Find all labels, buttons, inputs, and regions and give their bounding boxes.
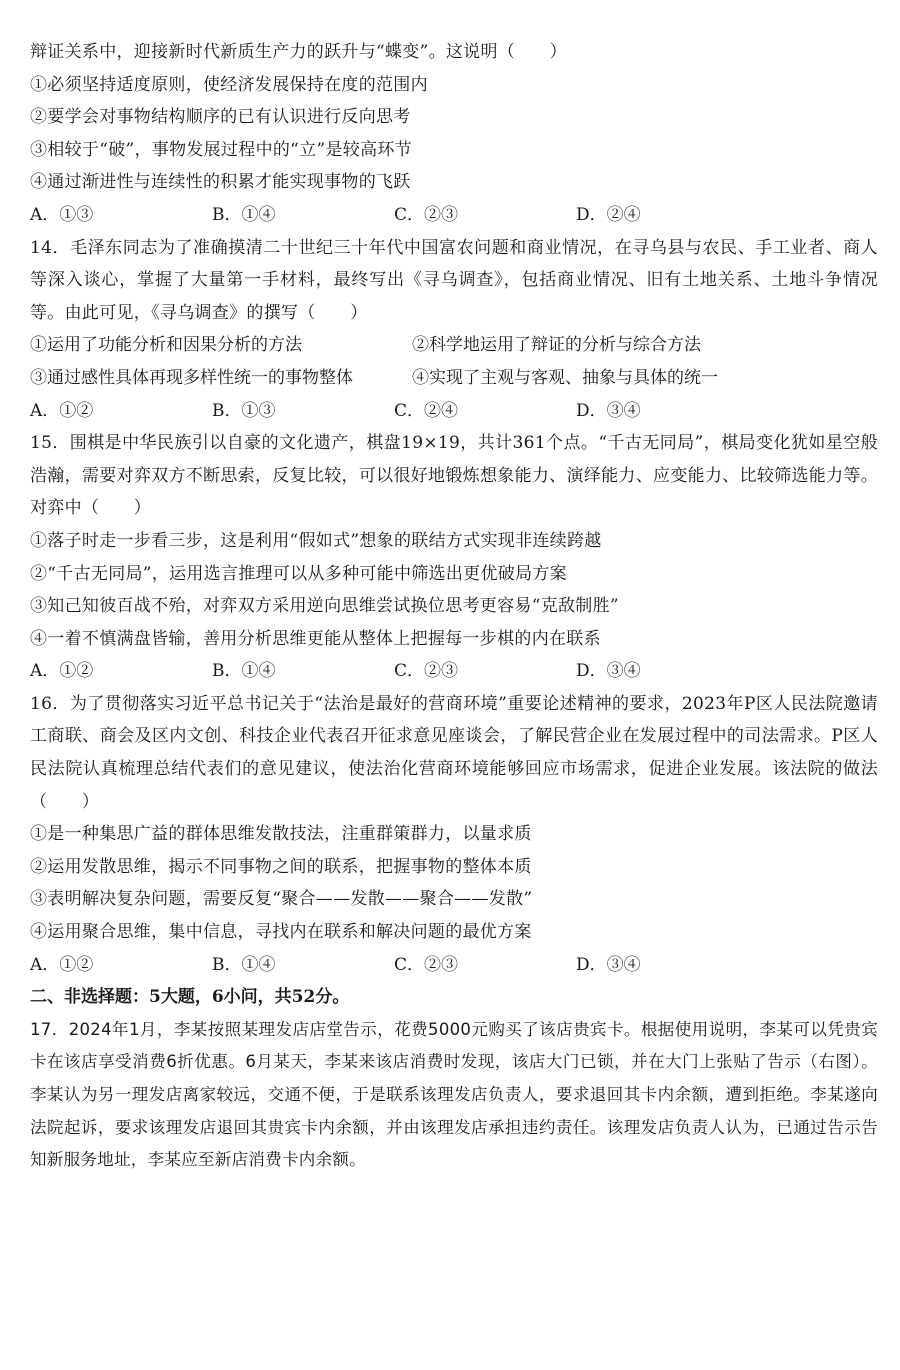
statement-2: ②运用发散思维，揭示不同事物之间的联系，把握事物的整体本质 — [30, 851, 878, 884]
question-17: 17．2024年1月，李某按照某理发店店堂告示，花费5000元购买了该店贵宾卡。… — [30, 1014, 878, 1177]
option-d[interactable]: D．③④ — [576, 655, 758, 688]
question-stem: 15．围棋是中华民族引以自豪的文化遗产，棋盘19×19，共计361个点。“千古无… — [30, 427, 878, 525]
statement-3: ③知己知彼百战不殆，对弈双方采用逆向思维尝试换位思考更容易“克敌制胜” — [30, 590, 878, 623]
statement-1: ①运用了功能分析和因果分析的方法 — [30, 329, 412, 362]
option-d[interactable]: D．③④ — [576, 395, 758, 428]
option-d[interactable]: D．②④ — [576, 199, 758, 232]
statement-2: ②“千古无同局”，运用选言推理可以从多种可能中筛选出更优破局方案 — [30, 558, 878, 591]
option-b[interactable]: B．①③ — [212, 395, 394, 428]
statement-4: ④通过渐进性与连续性的积累才能实现事物的飞跃 — [30, 166, 878, 199]
option-a[interactable]: A．①② — [30, 655, 212, 688]
answer-options: A．①② B．①④ C．②③ D．③④ — [30, 949, 878, 982]
option-c[interactable]: C．②④ — [394, 395, 576, 428]
question-16: 16．为了贯彻落实习近平总书记关于“法治是最好的营商环境”重要论述精神的要求，2… — [30, 688, 878, 981]
statement-4: ④运用聚合思维，集中信息，寻找内在联系和解决问题的最优方案 — [30, 916, 878, 949]
question-13: 辩证关系中，迎接新时代新质生产力的跃升与“蝶变”。这说明（ ） ①必须坚持适度原… — [30, 36, 878, 232]
question-stem: 14．毛泽东同志为了准确摸清二十世纪三十年代中国富农问题和商业情况，在寻乌县与农… — [30, 232, 878, 330]
option-b[interactable]: B．①④ — [212, 655, 394, 688]
statement-row-2: ③通过感性具体再现多样性统一的事物整体 ④实现了主观与客观、抽象与具体的统一 — [30, 362, 878, 395]
exam-page: 辩证关系中，迎接新时代新质生产力的跃升与“蝶变”。这说明（ ） ①必须坚持适度原… — [30, 36, 878, 1177]
question-14: 14．毛泽东同志为了准确摸清二十世纪三十年代中国富农问题和商业情况，在寻乌县与农… — [30, 232, 878, 428]
statement-2: ②科学地运用了辩证的分析与综合方法 — [412, 329, 701, 362]
option-a[interactable]: A．①③ — [30, 199, 212, 232]
option-c[interactable]: C．②③ — [394, 949, 576, 982]
option-b[interactable]: B．①④ — [212, 949, 394, 982]
option-a[interactable]: A．①② — [30, 395, 212, 428]
statement-3: ③相较于“破”，事物发展过程中的“立”是较高环节 — [30, 134, 878, 167]
answer-options: A．①② B．①③ C．②④ D．③④ — [30, 395, 878, 428]
statement-1: ①是一种集思广益的群体思维发散技法，注重群策群力，以量求质 — [30, 818, 878, 851]
option-d[interactable]: D．③④ — [576, 949, 758, 982]
statement-3: ③通过感性具体再现多样性统一的事物整体 — [30, 362, 412, 395]
answer-options: A．①② B．①④ C．②③ D．③④ — [30, 655, 878, 688]
statement-4: ④一着不慎满盘皆输，善用分析思维更能从整体上把握每一步棋的内在联系 — [30, 623, 878, 656]
option-b[interactable]: B．①④ — [212, 199, 394, 232]
answer-options: A．①③ B．①④ C．②③ D．②④ — [30, 199, 878, 232]
option-c[interactable]: C．②③ — [394, 655, 576, 688]
question-stem: 17．2024年1月，李某按照某理发店店堂告示，花费5000元购买了该店贵宾卡。… — [30, 1014, 878, 1177]
statement-row-1: ①运用了功能分析和因果分析的方法 ②科学地运用了辩证的分析与综合方法 — [30, 329, 878, 362]
option-c[interactable]: C．②③ — [394, 199, 576, 232]
statement-1: ①落子时走一步看三步，这是利用“假如式”想象的联结方式实现非连续跨越 — [30, 525, 878, 558]
section-heading: 二、非选择题：5大题，6小问，共52分。 — [30, 981, 878, 1014]
statement-1: ①必须坚持适度原则，使经济发展保持在度的范围内 — [30, 69, 878, 102]
question-stem-tail: 辩证关系中，迎接新时代新质生产力的跃升与“蝶变”。这说明（ ） — [30, 36, 878, 69]
question-15: 15．围棋是中华民族引以自豪的文化遗产，棋盘19×19，共计361个点。“千古无… — [30, 427, 878, 688]
question-stem: 16．为了贯彻落实习近平总书记关于“法治是最好的营商环境”重要论述精神的要求，2… — [30, 688, 878, 818]
option-a[interactable]: A．①② — [30, 949, 212, 982]
statement-2: ②要学会对事物结构顺序的已有认识进行反向思考 — [30, 101, 878, 134]
statement-3: ③表明解决复杂问题，需要反复“聚合——发散——聚合——发散” — [30, 883, 878, 916]
statement-4: ④实现了主观与客观、抽象与具体的统一 — [412, 362, 718, 395]
